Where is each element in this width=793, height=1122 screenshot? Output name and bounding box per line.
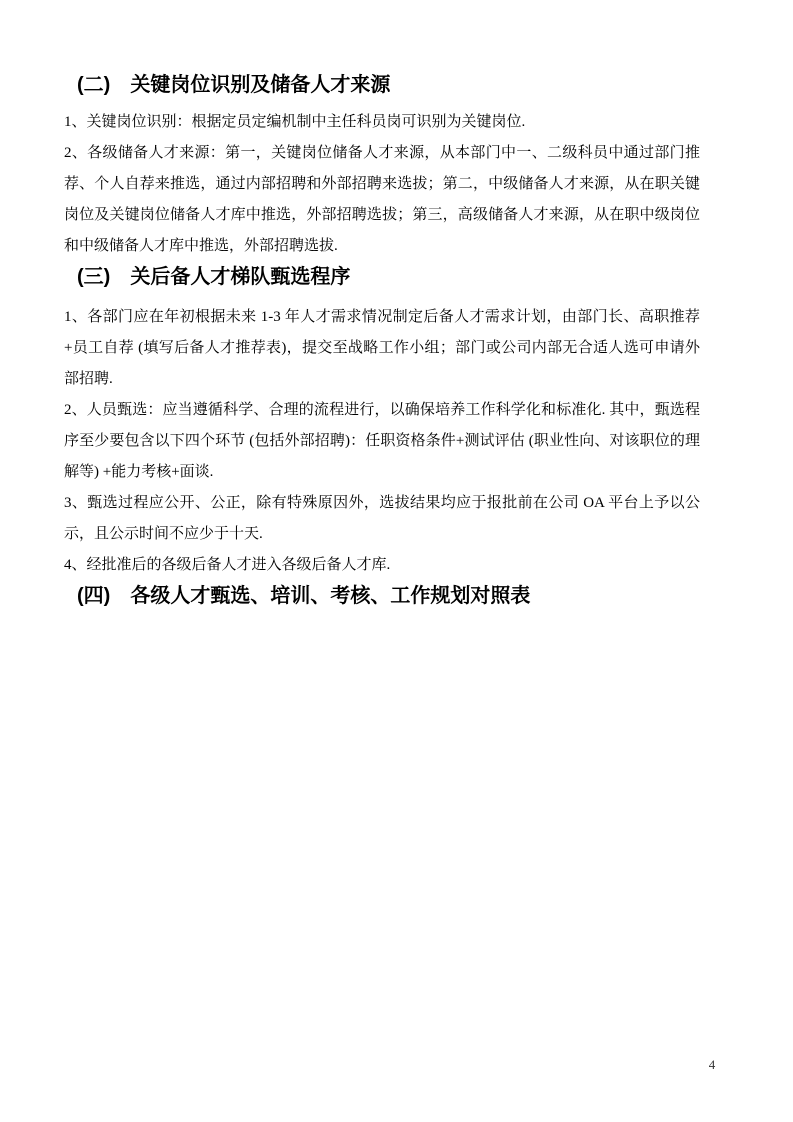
- section-body: 1、各部门应在年初根据未来 1-3 年人才需求情况制定后备人才需求计划，由部门长…: [64, 302, 700, 581]
- section-body: 1、关键岗位识别：根据定员定编机制中主任科员岗可识别为关键岗位. 2、各级储备人…: [64, 107, 700, 262]
- section-heading-4: (四) 各级人才甄选、培训、考核、工作规划对照表: [77, 581, 700, 611]
- paragraph-key-position-identification: 1、关键岗位识别：根据定员定编机制中主任科员岗可识别为关键岗位.: [64, 107, 700, 138]
- section-selection-procedure: (三) 关后备人才梯队甄选程序 1、各部门应在年初根据未来 1-3 年人才需求情…: [64, 262, 700, 581]
- page-content: (二) 关键岗位识别及储备人才来源 1、关键岗位识别：根据定员定编机制中主任科员…: [0, 0, 793, 611]
- paragraph-open-fair-process: 3、甄选过程应公开、公正，除有特殊原因外，选拔结果均应于报批前在公司 OA 平台…: [64, 488, 700, 550]
- document-page: (二) 关键岗位识别及储备人才来源 1、关键岗位识别：根据定员定编机制中主任科员…: [0, 0, 793, 1122]
- page-number: 4: [700, 1056, 724, 1074]
- section-key-position-identification: (二) 关键岗位识别及储备人才来源 1、关键岗位识别：根据定员定编机制中主任科员…: [64, 70, 700, 262]
- section-comparison-table: (四) 各级人才甄选、培训、考核、工作规划对照表: [64, 581, 700, 611]
- paragraph-reserve-talent-sources: 2、各级储备人才来源：第一，关键岗位储备人才来源，从本部门中一、二级科员中通过部…: [64, 138, 700, 262]
- section-heading-3: (三) 关后备人才梯队甄选程序: [77, 262, 700, 292]
- paragraph-personnel-selection: 2、人员甄选：应当遵循科学、合理的流程进行，以确保培养工作科学化和标准化. 其中…: [64, 395, 700, 488]
- paragraph-approved-talent-pool: 4、经批准后的各级后备人才进入各级后备人才库.: [64, 550, 700, 581]
- section-heading-2: (二) 关键岗位识别及储备人才来源: [77, 70, 700, 100]
- paragraph-demand-plan: 1、各部门应在年初根据未来 1-3 年人才需求情况制定后备人才需求计划，由部门长…: [64, 302, 700, 395]
